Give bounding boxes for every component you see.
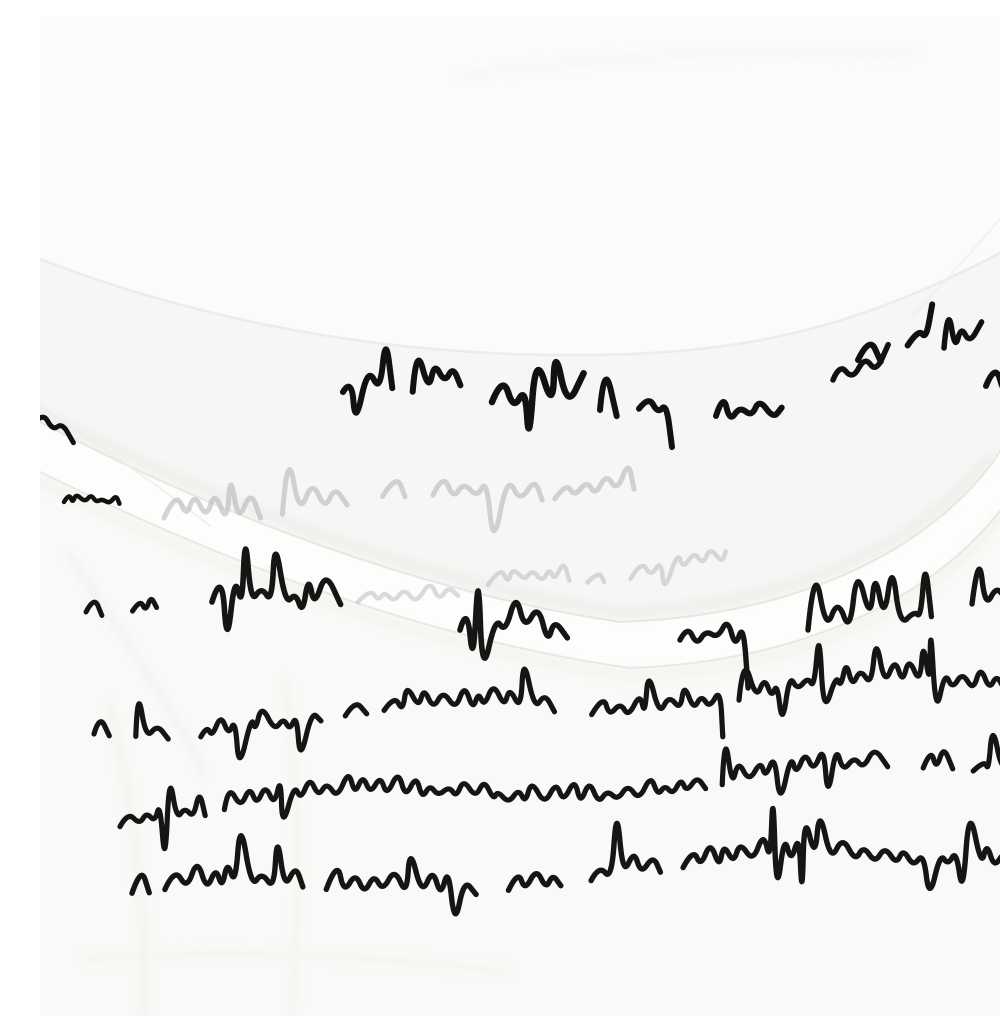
- product-photo: [40, 16, 1000, 1016]
- garment-photo-canvas: [40, 16, 1000, 1016]
